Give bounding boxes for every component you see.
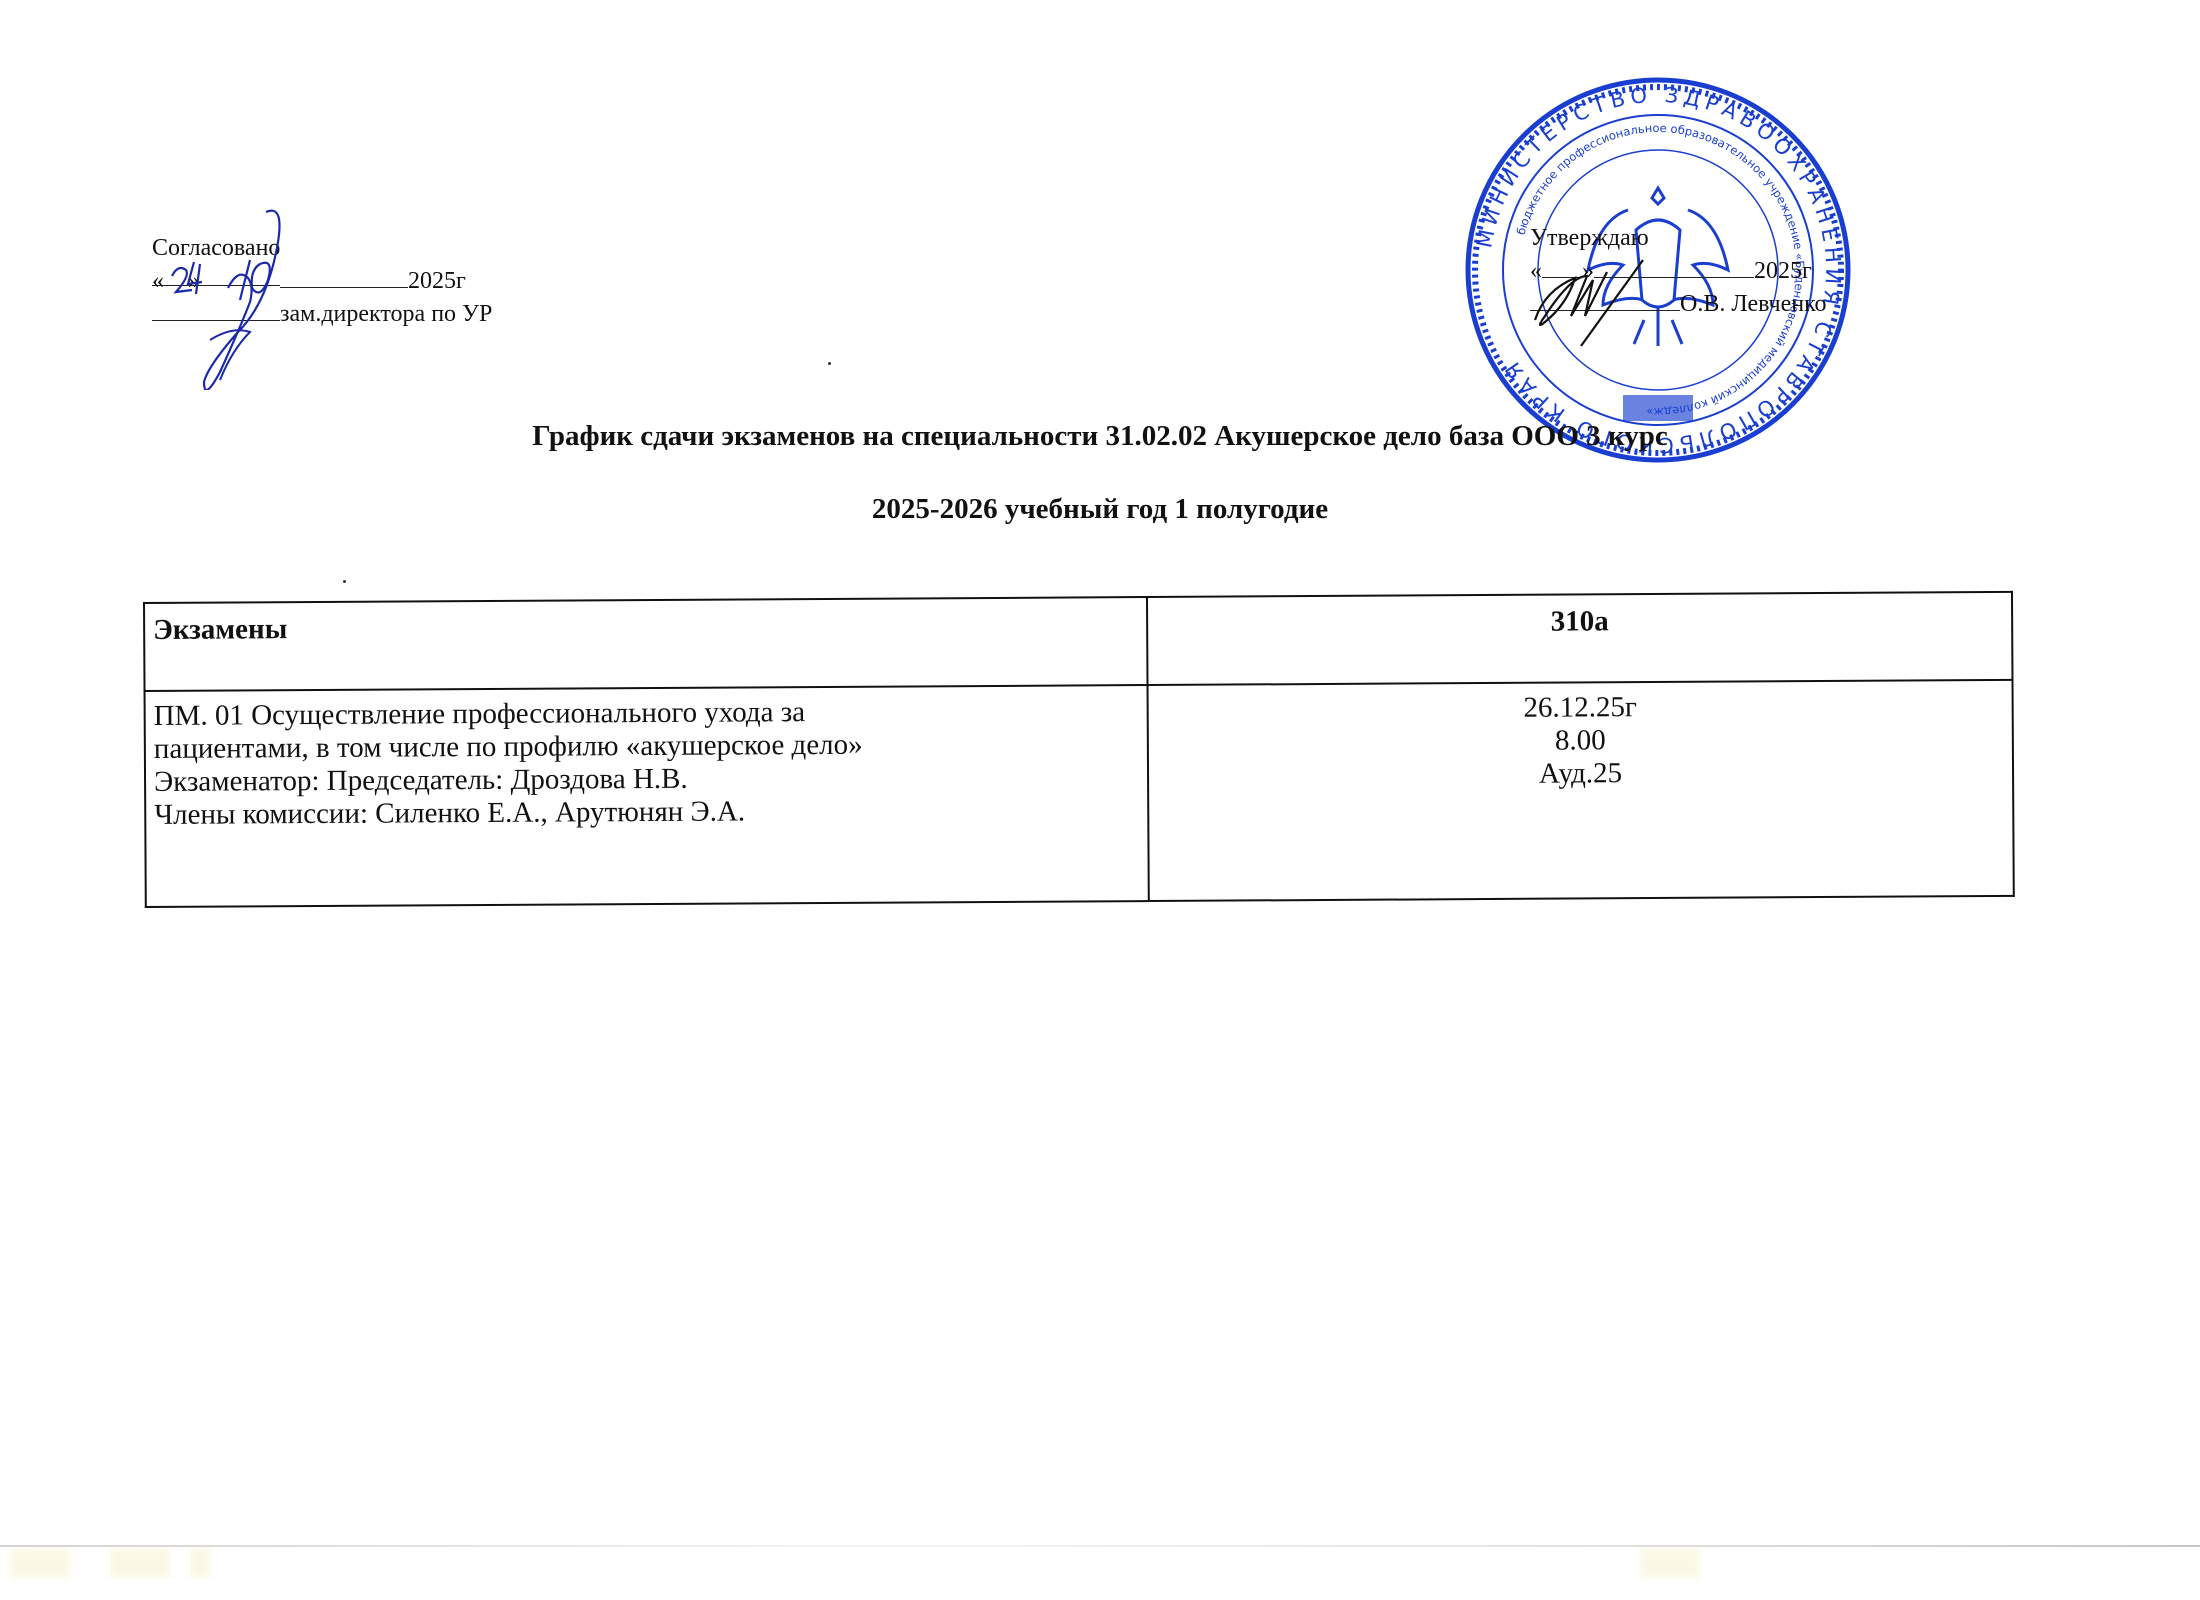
exam-description-cell: ПМ. 01 Осуществление профессионального у…	[145, 685, 1149, 907]
approve-month-blank	[1594, 257, 1754, 278]
scan-speck	[343, 580, 346, 583]
agreed-year: 2025г	[408, 268, 466, 294]
exam-date: 26.12.25г	[1157, 689, 2004, 727]
agreed-block: Согласовано «24»2025г зам.директора по У…	[152, 232, 492, 331]
approve-signatory: О.В. Левченко	[1680, 291, 1827, 317]
scan-tint	[1640, 1548, 1700, 1578]
agreed-signature-blank	[152, 300, 280, 321]
exam-commission: Члены комиссии: Силенко Е.А., Арутюнян Э…	[154, 793, 1139, 832]
close-quote: »	[1582, 258, 1594, 284]
scanned-document-page: Согласовано «24»2025г зам.директора по У…	[0, 0, 2200, 1600]
scan-speck	[828, 362, 831, 365]
approve-signature-blank	[1530, 290, 1680, 311]
agreed-label: Согласовано	[152, 232, 492, 265]
scan-tint	[190, 1548, 210, 1578]
open-quote: «	[1530, 258, 1542, 284]
scan-tint	[10, 1548, 70, 1578]
table-header-row: Экзамены 310а	[144, 592, 2012, 691]
approve-signatory-line: О.В. Левченко	[1530, 288, 1827, 321]
approve-label: Утверждаю	[1530, 222, 1827, 255]
close-quote: »	[188, 268, 200, 294]
table-row: ПМ. 01 Осуществление профессионального у…	[145, 680, 2014, 907]
approve-date-line: «»2025г	[1530, 255, 1827, 288]
column-header-exams: Экзамены	[144, 597, 1148, 691]
document-title: График сдачи экзаменов на специальности …	[0, 420, 2200, 453]
exam-time: 8.00	[1157, 722, 2004, 760]
exam-schedule-cell: 26.12.25г 8.00 Ауд.25	[1148, 680, 2014, 901]
approve-year: 2025г	[1754, 258, 1812, 284]
open-quote: «	[152, 268, 164, 294]
agreed-date-blank: «24»	[152, 265, 280, 286]
agreed-date-line: «24»2025г	[152, 265, 492, 298]
exam-schedule-table: Экзамены 310а ПМ. 01 Осуществление профе…	[143, 591, 2015, 908]
agreed-position: зам.директора по УР	[280, 301, 492, 327]
agreed-month-blank	[280, 267, 408, 288]
scan-edge-line	[0, 1545, 2200, 1547]
approve-block: Утверждаю «»2025г О.В. Левченко	[1530, 222, 1827, 321]
column-header-group: 310а	[1147, 592, 2013, 685]
agreed-position-line: зам.директора по УР	[152, 298, 492, 331]
document-subtitle: 2025-2026 учебный год 1 полугодие	[0, 493, 2200, 526]
approve-day-blank	[1542, 257, 1582, 278]
scan-tint	[110, 1548, 170, 1578]
exam-room: Ауд.25	[1157, 755, 2004, 793]
